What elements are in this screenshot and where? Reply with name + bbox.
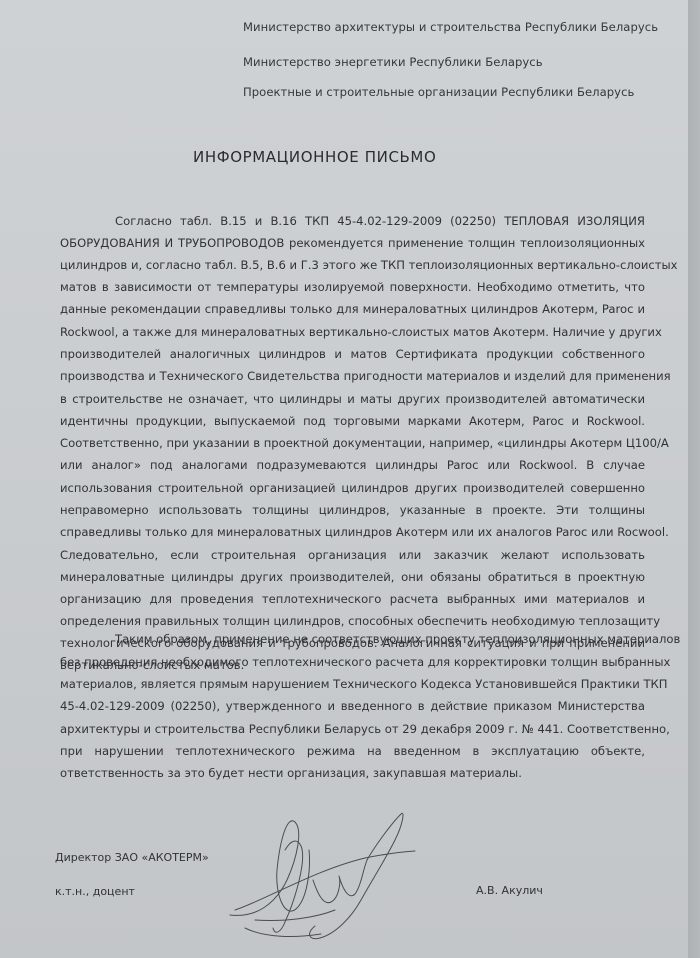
paragraph-line: без проведения необходимого теплотехниче… — [60, 655, 645, 669]
paragraph-line: справедливы только для минераловатных ци… — [60, 525, 645, 539]
paragraph-line: 45-4.02-129-2009 (02250), утвержденного … — [60, 699, 645, 713]
paragraph-line: минераловатные цилиндры других производи… — [60, 570, 645, 584]
addressee-ministry-energy: Министерство энергетики Республики Белар… — [243, 55, 543, 69]
paragraph-line: данные рекомендации справедливы только д… — [60, 302, 645, 316]
paragraph-line: производства и Технического Свидетельств… — [60, 369, 645, 383]
paragraph-line: Rockwool, а также для минераловатных вер… — [60, 325, 645, 339]
paragraph-line: архитектуры и строительства Республики Б… — [60, 722, 645, 736]
paragraph-line: ответственность за это будет нести орган… — [60, 766, 522, 780]
paragraph-line: идентичны продукции, выпускаемой под тор… — [60, 414, 645, 428]
handwritten-signature-icon — [225, 810, 425, 950]
addressee-design-organizations: Проектные и строительные организации Рес… — [243, 85, 634, 99]
paragraph-line: ОБОРУДОВАНИЯ И ТРУБОПРОВОДОВ рекомендует… — [60, 236, 645, 250]
paragraph-line: в строительстве не означает, что цилиндр… — [60, 392, 645, 406]
paragraph-line: использования строительной организацией … — [60, 481, 645, 495]
paragraph-line: производителей аналогичных цилиндров и м… — [60, 347, 645, 361]
paragraph-line: матов в зависимости от температуры изоли… — [60, 280, 645, 294]
paragraph-line: определения правильных толщин цилиндров,… — [60, 614, 645, 628]
paragraph-line: неправомерно использовать толщины цилинд… — [60, 503, 645, 517]
signer-degree: к.т.н., доцент — [55, 885, 135, 898]
addressee-ministry-architecture: Министерство архитектуры и строительства… — [243, 20, 658, 34]
signer-position: Директор ЗАО «АКОТЕРМ» — [55, 851, 209, 864]
paragraph-line: Согласно табл. В.15 и В.16 ТКП 45-4.02-1… — [115, 214, 645, 228]
paragraph-line: или аналог» под аналогами подразумеваютс… — [60, 458, 645, 472]
page-edge-shadow — [688, 0, 700, 958]
paragraph-line: Таким образом, применение не соответству… — [115, 632, 645, 646]
paragraph-line: Соответственно, при указании в проектной… — [60, 436, 645, 450]
signer-name: А.В. Акулич — [476, 884, 543, 897]
paragraph-line: Следовательно, если строительная организ… — [60, 548, 645, 562]
paragraph-line: при нарушении теплотехнического режима н… — [60, 744, 645, 758]
letter-title: ИНФОРМАЦИОННОЕ ПИСЬМО — [193, 148, 436, 166]
paragraph-line: цилиндров и, согласно табл. В.5, В.6 и Г… — [60, 258, 645, 272]
paragraph-line: организацию для проведения теплотехничес… — [60, 592, 645, 606]
paragraph-line: материалов, является прямым нарушением Т… — [60, 677, 645, 691]
